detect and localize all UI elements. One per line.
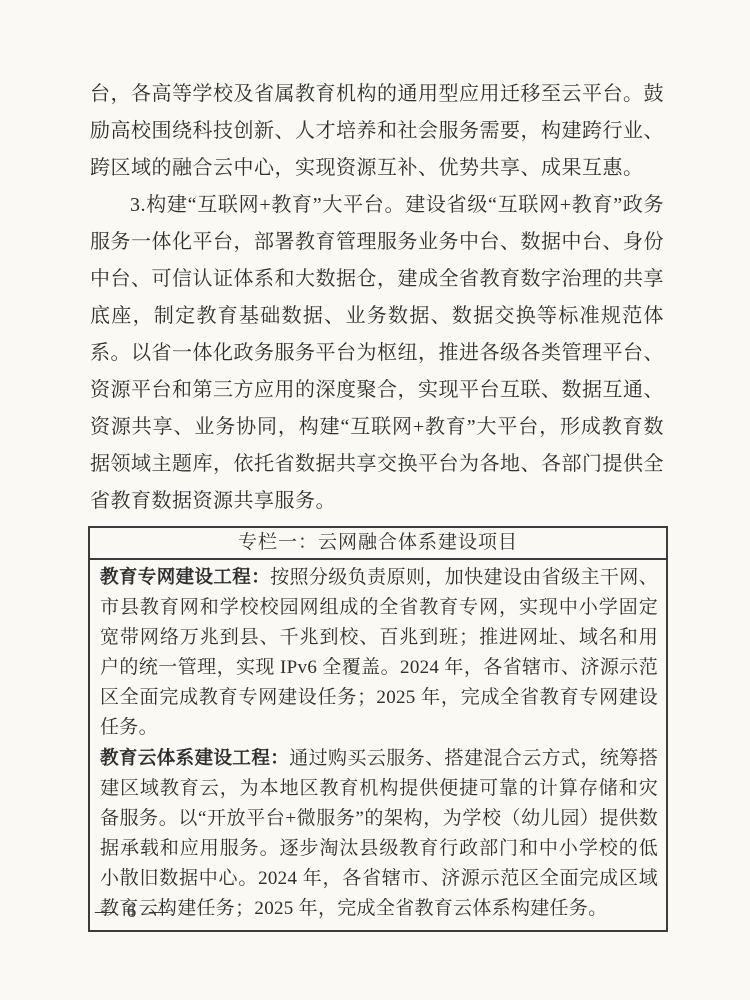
project-education-network-body: 按照分级负责原则，加快建设由省级主干网、市县教育网和学校校园网组成的全省教育专网… [100,567,658,738]
document-page: 台，各高等学校及省属教育机构的通用型应用迁移至云平台。鼓励高校围绕科技创新、人才… [0,0,750,1000]
body-paragraph-continuation: 台，各高等学校及省属教育机构的通用型应用迁移至云平台。鼓励高校围绕科技创新、人才… [90,76,664,187]
page-number: — 6 — [95,901,172,923]
project-education-network: 教育专网建设工程：按照分级负责原则，加快建设由省级主干网、市县教育网和学校校园网… [100,562,658,743]
project-education-network-label: 教育专网建设工程： [100,566,270,587]
panel-title: 专栏一：云网融合体系建设项目 [90,528,666,560]
body-paragraph-item3: 3.构建“互联网+教育”大平台。建设省级“互联网+教育”政务服务一体化平台，部署… [90,187,664,520]
special-column-panel: 专栏一：云网融合体系建设项目 教育专网建设工程：按照分级负责原则，加快建设由省级… [88,526,668,932]
panel-body: 教育专网建设工程：按照分级负责原则，加快建设由省级主干网、市县教育网和学校校园网… [90,560,666,930]
project-education-cloud-label: 教育云体系建设工程： [100,747,289,768]
project-education-cloud: 教育云体系建设工程：通过购买云服务、搭建混合云方式，统筹搭建区域教育云，为本地区… [100,743,658,924]
project-education-cloud-body: 通过购买云服务、搭建混合云方式，统筹搭建区域教育云，为本地区教育机构提供便捷可靠… [100,748,658,919]
main-text-block: 台，各高等学校及省属教育机构的通用型应用迁移至云平台。鼓励高校围绕科技创新、人才… [90,76,664,520]
